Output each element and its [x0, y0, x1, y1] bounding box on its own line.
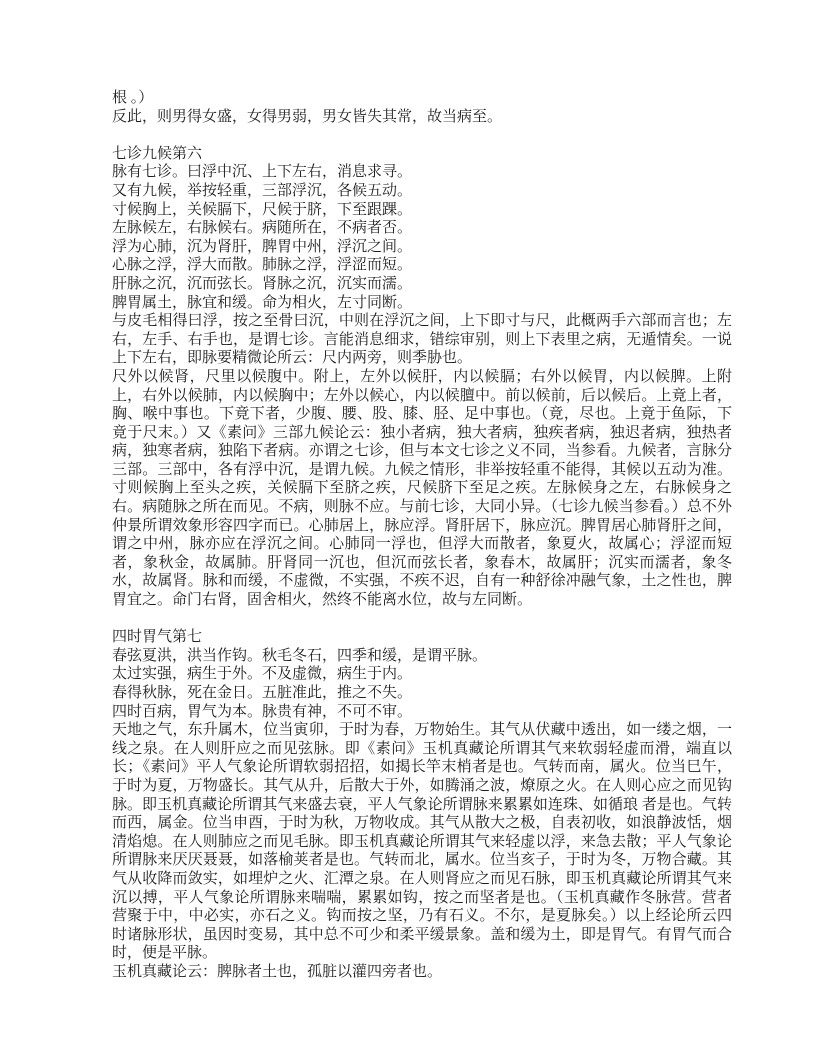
verse-line: 太过实强，病生于外。不及虚微，病生于内。	[112, 665, 732, 684]
text-line: 反此，则男得女盛，女得男弱，男女皆失其常，故当病至。	[112, 108, 732, 127]
verse-line: 春弦夏洪，洪当作钩。秋毛冬石，四季和缓，是谓平脉。	[112, 647, 732, 666]
section-heading: 七诊九候第六	[112, 145, 732, 164]
section-seven-diagnoses-nine-indicators: 七诊九候第六 脉有七诊。曰浮中沉、上下左右，消息求寻。 又有九候，举按轻重，三部…	[112, 145, 732, 610]
verse-line: 四时百病，胃气为本。脉贵有神，不可不审。	[112, 703, 732, 722]
section-four-seasons-stomach-qi: 四时胃气第七 春弦夏洪，洪当作钩。秋毛冬石，四季和缓，是谓平脉。 太过实强，病生…	[112, 628, 732, 981]
verse-line: 心脉之浮，浮大而散。肺脉之浮，浮涩而短。	[112, 256, 732, 275]
prose-paragraph: 玉机真藏论云：脾脉者土也，孤脏以灌四旁者也。	[112, 963, 732, 982]
verse-line: 春得秋脉，死在金日。五脏准此，推之不失。	[112, 684, 732, 703]
verse-line: 又有九候，举按轻重，三部浮沉，各候五动。	[112, 182, 732, 201]
prose-paragraph: 与皮毛相得曰浮，按之至骨曰沉，中则在浮沉之间，上下即寸与尺，此概两手六部而言也；…	[112, 312, 732, 368]
continuation-line: 根 。）	[112, 89, 732, 108]
verse-line: 寸候胸上，关候膈下，尺候于脐，下至跟踝。	[112, 201, 732, 220]
verse-line: 脉有七诊。曰浮中沉、上下左右，消息求寻。	[112, 163, 732, 182]
verse-line: 肝脉之沉，沉而弦长。肾脉之沉，沉实而濡。	[112, 275, 732, 294]
prose-paragraph: 天地之气，东升属木，位当寅卯，于时为春，万物始生。其气从伏藏中透出，如一缕之烟，…	[112, 721, 732, 963]
prose-paragraph: 尺外以候肾，尺里以候腹中。附上，左外以候肝，内以候膈；右外以候胃，内以候脾。上附…	[112, 368, 732, 610]
intro-block: 根 。） 反此，则男得女盛，女得男弱，男女皆失其常，故当病至。	[112, 89, 732, 126]
verse-line: 浮为心肺，沉为肾肝，脾胃中州，浮沉之间。	[112, 238, 732, 257]
document-page: 根 。） 反此，则男得女盛，女得男弱，男女皆失其常，故当病至。 七诊九候第六 脉…	[112, 89, 732, 982]
verse-line: 脾胃属土，脉宜和缓。命为相火，左寸同断。	[112, 294, 732, 313]
section-heading: 四时胃气第七	[112, 628, 732, 647]
verse-line: 左脉候左，右脉候右。病随所在，不病者否。	[112, 219, 732, 238]
